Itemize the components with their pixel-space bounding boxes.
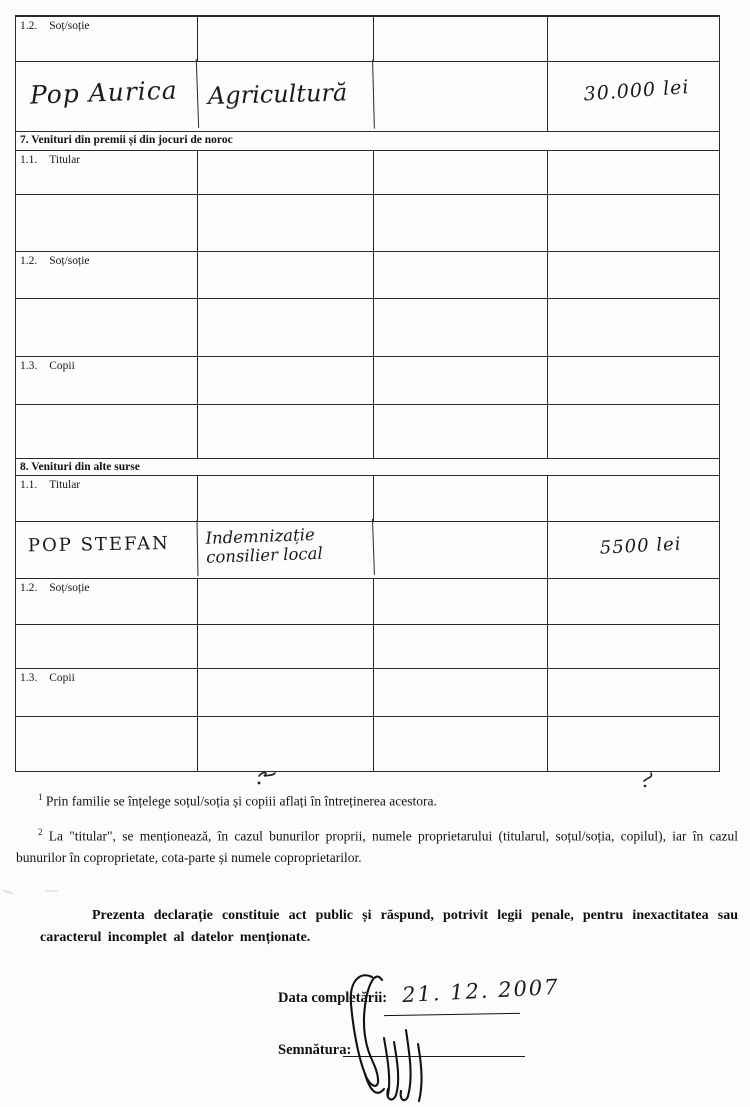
- handwritten-name-cell: Pop Aurica: [15, 59, 199, 134]
- empty-cell: [374, 717, 548, 771]
- table-row: 1.2.Soț/soție: [16, 252, 719, 299]
- table-row: [16, 717, 719, 772]
- empty-cell: [374, 522, 548, 578]
- row-label: Titular: [49, 154, 80, 166]
- empty-cell: [198, 299, 374, 356]
- empty-cell: [16, 717, 198, 771]
- row-label-cell: 1.1.Titular: [16, 151, 198, 194]
- row-label: Soț/soție: [49, 582, 89, 594]
- empty-cell: [198, 195, 374, 251]
- table-row: 1.3.Copii: [16, 669, 719, 717]
- handwritten-name-cell: POP STEFAN: [16, 520, 199, 579]
- empty-cell: [374, 252, 548, 298]
- table-row: [16, 299, 719, 357]
- empty-cell: [198, 476, 374, 521]
- empty-cell: [548, 579, 719, 624]
- table-row: POP STEFAN Indemnizație consilier local …: [16, 522, 719, 579]
- empty-cell: [198, 669, 374, 716]
- empty-cell: [548, 405, 719, 458]
- footnote-2-text: La "titular", se menționează, în cazul b…: [16, 829, 738, 865]
- table-row: 7. Venituri din premii și din jocuri de …: [16, 132, 719, 151]
- empty-cell: [198, 357, 374, 404]
- empty-cell: [374, 625, 548, 668]
- declaration-paragraph: Prezenta declarație constituie act publi…: [40, 905, 738, 949]
- handwritten-source-cell: Agricultură: [197, 60, 375, 134]
- ink-mark: [640, 770, 658, 790]
- section-header-8: 8. Venituri din alte surse: [16, 459, 140, 475]
- row-label-cell: 1.2.Soț/soție: [16, 252, 198, 298]
- row-number: 1.2.: [20, 20, 37, 32]
- table-row: 1.1.Titular: [16, 151, 719, 195]
- empty-cell: [374, 17, 548, 61]
- paper-smudge: [3, 890, 13, 895]
- table-row: [16, 195, 719, 252]
- row-label-cell: 1.3.Copii: [16, 669, 198, 716]
- row-number: 1.2.: [20, 582, 37, 594]
- empty-cell: [374, 299, 548, 356]
- handwritten-source-cell: Indemnizație consilier local: [197, 519, 375, 581]
- empty-cell: [548, 17, 719, 61]
- ink-mark: [256, 768, 278, 788]
- empty-cell: [374, 579, 548, 624]
- empty-cell: [198, 579, 374, 624]
- footnote-2: 2 La "titular", se menționează, în cazul…: [16, 822, 738, 868]
- empty-cell: [198, 717, 374, 771]
- row-label-cell: 1.3.Copii: [16, 357, 198, 404]
- table-row: 1.2.Soț/soție: [16, 17, 719, 62]
- handwritten-amount-cell: 5500 lei: [547, 518, 721, 583]
- footnote-1-marker: 1: [38, 792, 43, 802]
- empty-cell: [16, 625, 198, 668]
- empty-cell: [16, 405, 198, 458]
- table-row: Pop Aurica Agricultură 30.000 lei: [16, 62, 719, 132]
- table-row: 1.1.Titular: [16, 476, 719, 522]
- empty-cell: [374, 405, 548, 458]
- empty-cell: [198, 405, 374, 458]
- row-label-cell: 1.1.Titular: [16, 476, 198, 521]
- empty-cell: [374, 195, 548, 251]
- footnote-2-marker: 2: [38, 827, 43, 837]
- empty-cell: [198, 625, 374, 668]
- empty-cell: [374, 151, 548, 194]
- empty-cell: [548, 252, 719, 298]
- row-number: 1.1.: [20, 479, 37, 491]
- empty-cell: [548, 625, 719, 668]
- empty-cell: [198, 17, 374, 61]
- row-label: Soț/soție: [49, 255, 89, 267]
- row-number: 1.2.: [20, 255, 37, 267]
- empty-cell: [16, 195, 198, 251]
- footnote-1-text: Prin familie se înțelege soțul/soția și …: [46, 794, 437, 809]
- empty-cell: [16, 299, 198, 356]
- table-row: 1.2.Soț/soție: [16, 579, 719, 625]
- row-label-cell: 1.2.Soț/soție: [16, 17, 198, 61]
- empty-cell: [374, 62, 548, 131]
- handwritten-amount-cell: 30.000 lei: [546, 56, 721, 137]
- paper-smudge: [45, 890, 58, 892]
- table-row: [16, 405, 719, 459]
- row-label: Titular: [49, 479, 80, 491]
- empty-cell: [548, 299, 719, 356]
- row-label-cell: 1.2.Soț/soție: [16, 579, 198, 624]
- table-row: 8. Venituri din alte surse: [16, 459, 719, 476]
- table-row: 1.3.Copii: [16, 357, 719, 405]
- row-number: 1.3.: [20, 672, 37, 684]
- income-table: 1.2.Soț/soție Pop Aurica Agricultură 30.…: [15, 15, 720, 772]
- empty-cell: [374, 669, 548, 716]
- empty-cell: [548, 357, 719, 404]
- row-label: Copii: [49, 672, 75, 684]
- empty-cell: [374, 476, 548, 521]
- empty-cell: [548, 717, 719, 771]
- empty-cell: [548, 151, 719, 194]
- empty-cell: [198, 151, 374, 194]
- row-number: 1.3.: [20, 360, 37, 372]
- empty-cell: [374, 357, 548, 404]
- empty-cell: [548, 476, 719, 521]
- section-header-7: 7. Venituri din premii și din jocuri de …: [16, 132, 233, 150]
- signature-scrawl: [338, 970, 438, 1105]
- row-label: Copii: [49, 360, 75, 372]
- row-label: Soț/soție: [49, 20, 89, 32]
- table-row: [16, 625, 719, 669]
- row-number: 1.1.: [20, 154, 37, 166]
- footnote-1: 1 Prin familie se înțelege soțul/soția ș…: [38, 787, 698, 812]
- empty-cell: [198, 252, 374, 298]
- empty-cell: [548, 195, 719, 251]
- empty-cell: [548, 669, 719, 716]
